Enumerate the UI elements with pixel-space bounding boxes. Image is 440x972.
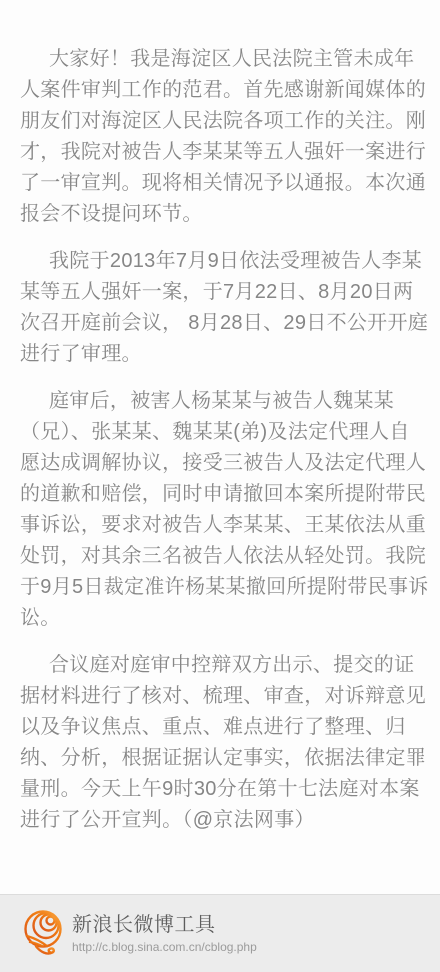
footer-bar: 新浪长微博工具 http://c.blog.sina.com.cn/cblog.… bbox=[0, 894, 440, 972]
paragraph-verdict: 合议庭对庭审中控辩双方出示、提交的证据材料进行了核对、梳理、审查，对诉辩意见以及… bbox=[20, 650, 429, 836]
footer-brand-title: 新浪长微博工具 bbox=[72, 913, 257, 937]
paragraph-case-acceptance: 我院于2013年7月9日依法受理被告人李某某等五人强奸一案，于7月22日、8月2… bbox=[20, 246, 429, 370]
paragraph-mediation: 庭审后，被害人杨某某与被告人魏某某 （兄）、张某某、魏某某(弟)及法定代理人自愿… bbox=[20, 386, 429, 634]
footer-brand-url: http://c.blog.sina.com.cn/cblog.php bbox=[72, 940, 257, 954]
paragraph-intro: 大家好！我是海淀区人民法院主管未成年人案件审判工作的范君。首先感谢新闻媒体的朋友… bbox=[20, 44, 429, 230]
footer-brand: 新浪长微博工具 http://c.blog.sina.com.cn/cblog.… bbox=[72, 913, 257, 954]
article: 大家好！我是海淀区人民法院主管未成年人案件审判工作的范君。首先感谢新闻媒体的朋友… bbox=[0, 0, 440, 836]
yarn-ball-icon bbox=[23, 909, 65, 959]
long-weibo-page: 大家好！我是海淀区人民法院主管未成年人案件审判工作的范君。首先感谢新闻媒体的朋友… bbox=[0, 0, 440, 972]
